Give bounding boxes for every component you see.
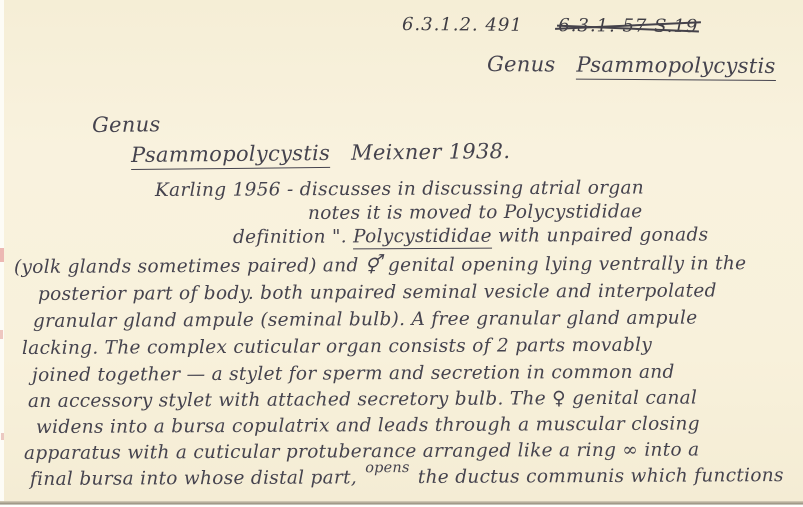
header-genus-spacer bbox=[562, 53, 569, 77]
note-moved: notes it is moved to Polycystididae bbox=[308, 201, 643, 224]
body-line-9: final bursa into whose distal part, open… bbox=[30, 465, 784, 490]
pink-edge-speck bbox=[0, 248, 4, 262]
body-line-3: granular gland ampule (seminal bulb). A … bbox=[33, 308, 698, 332]
note-definition-pre: definition ". bbox=[233, 226, 353, 248]
header-genus-line: Genus Psammopolycystis bbox=[487, 52, 776, 78]
title-genus-label: Genus bbox=[92, 112, 161, 137]
title-authority bbox=[337, 141, 344, 165]
inserted-word-above-line: opens bbox=[365, 460, 409, 476]
note-definition-term: Polycystididae bbox=[353, 226, 492, 250]
note-definition-post: with unpaired gonads bbox=[498, 225, 708, 247]
title-genus-name: Psammopolycystis bbox=[131, 141, 330, 170]
scan-edge-bottom bbox=[0, 501, 803, 507]
index-card: 6.3.1.2. 491 6.3.1. 57 S.19 Genus Psammo… bbox=[0, 0, 803, 507]
header-genus-name: Psammopolycystis bbox=[576, 53, 775, 81]
body-line-2: posterior part of body. both unpaired se… bbox=[38, 280, 717, 305]
catalog-code-line: 6.3.1.2. 491 6.3.1. 57 S.19 bbox=[402, 14, 699, 37]
body-line-9-pre: final bursa into whose distal part, bbox=[30, 467, 357, 490]
title-authority-text: Meixner 1938. bbox=[351, 139, 510, 165]
note-karling: Karling 1956 - discusses in discussing a… bbox=[155, 177, 644, 201]
header-genus-label: Genus bbox=[487, 52, 556, 76]
body-line-9-post: the ductus communis which functions bbox=[418, 465, 784, 488]
body-line-5: joined together — a stylet for sperm and… bbox=[32, 362, 675, 386]
body-line-6: an accessory stylet with attached secret… bbox=[28, 387, 697, 412]
catalog-code-current: 6.3.1.2. 491 bbox=[402, 14, 523, 36]
note-definition: definition ". Polycystididae with unpair… bbox=[233, 225, 708, 248]
catalog-code-struck: 6.3.1. 57 S.19 bbox=[558, 15, 698, 37]
pink-edge-speck bbox=[0, 330, 3, 339]
body-line-8: apparatus with a cuticular protuberance … bbox=[24, 439, 700, 464]
body-line-4: lacking. The complex cuticular organ con… bbox=[22, 335, 652, 359]
pink-edge-speck bbox=[1, 433, 4, 440]
body-line-1: (yolk glands sometimes paired) and ⚥ gen… bbox=[14, 253, 746, 278]
title-line: Psammopolycystis Meixner 1938. bbox=[131, 139, 511, 167]
body-line-7: widens into a bursa copulatrix and leads… bbox=[36, 414, 700, 438]
